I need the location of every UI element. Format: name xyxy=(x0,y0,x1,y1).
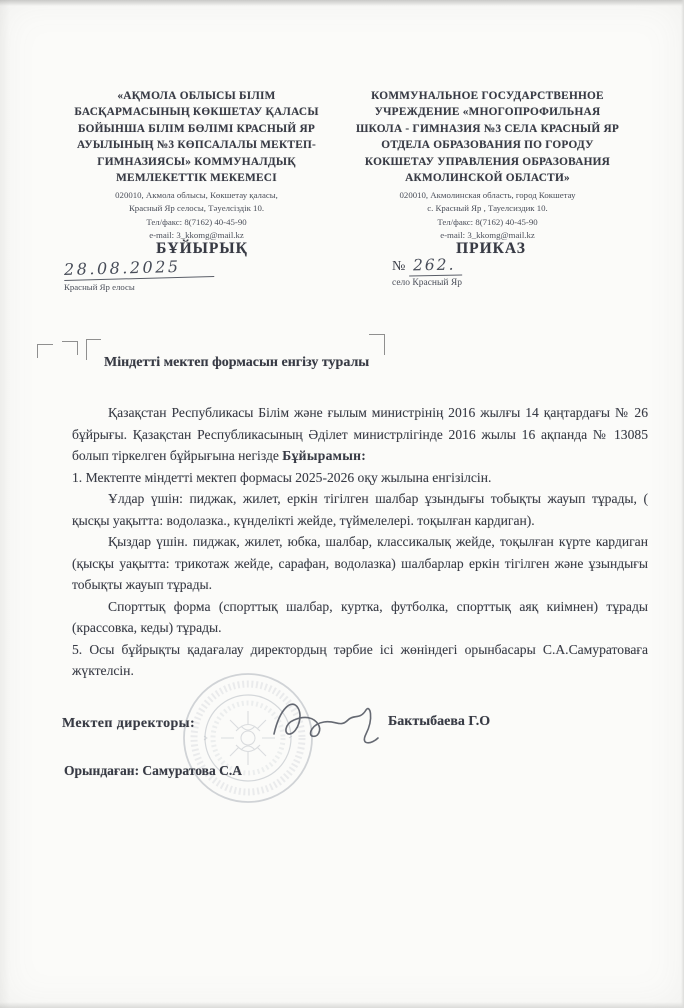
scan-edge-left xyxy=(0,0,10,1008)
order-body: Қазақстан Республикасы Білім және ғылым … xyxy=(72,402,648,682)
order-date-block: 28.08.2025 Красный Яр елосы xyxy=(64,258,214,292)
scanned-order-document: «АҚМОЛА ОБЛЫСЫ БІЛІМ БАСҚАРМАСЫНЫҢ КӨКШЕ… xyxy=(0,0,684,1008)
letterhead: «АҚМОЛА ОБЛЫСЫ БІЛІМ БАСҚАРМАСЫНЫҢ КӨКШЕ… xyxy=(62,88,622,242)
org-address-russian: 020010, Акмолинская область, город Кокше… xyxy=(353,189,622,242)
org-address-kazakh: 020010, Акмола облысы, Көкшетау қаласы, … xyxy=(62,189,331,242)
org-name-kazakh: «АҚМОЛА ОБЛЫСЫ БІЛІМ БАСҚАРМАСЫНЫҢ КӨКШЕ… xyxy=(62,88,331,186)
scan-edge-bottom xyxy=(0,1002,684,1008)
body-paragraph: 5. Осы бұйрықты қадағалау директордың тә… xyxy=(72,639,648,682)
handwritten-number: 262. xyxy=(409,256,462,277)
director-role-label: Мектеп директоры: xyxy=(62,716,195,732)
resolution-word: Бұйырамын: xyxy=(282,448,366,463)
address-line: Тел/факс: 8(7162) 40-45-90 xyxy=(353,216,622,229)
address-line: Тел/факс: 8(7162) 40-45-90 xyxy=(62,216,331,229)
body-paragraph: 1. Мектепте міндетті мектеп формасы 2025… xyxy=(72,467,648,489)
address-line: 020010, Акмола облысы, Көкшетау қаласы, xyxy=(62,189,331,202)
director-name: Бактыбаева Г.О xyxy=(388,714,490,730)
order-title-kazakh: БҰЙЫРЫҚ xyxy=(62,240,342,258)
number-sign: № xyxy=(392,259,405,274)
order-subject: Міндетті мектеп формасын енгізу туралы xyxy=(104,352,376,374)
place-label-russian: село Красный Яр xyxy=(392,278,552,288)
body-paragraph: Спорттық форма (спорттық шалбар, куртка,… xyxy=(72,596,648,639)
body-paragraph: Ұлдар үшін: пиджак, жилет, еркін тігілге… xyxy=(72,488,648,531)
letterhead-russian: КОММУНАЛЬНОЕ ГОСУДАРСТВЕННОЕ УЧРЕЖДЕНИЕ … xyxy=(353,88,622,242)
place-label-kazakh: Красный Яр елосы xyxy=(64,282,214,292)
handwritten-date: 28.08.2025 xyxy=(64,256,214,281)
body-paragraph: Қазақстан Республикасы Білім және ғылым … xyxy=(72,402,648,467)
address-line: с. Красный Яр , Тауелсиздик 10. xyxy=(353,202,622,215)
scan-edge-top xyxy=(0,0,684,6)
corner-mark xyxy=(86,339,101,360)
address-line: 020010, Акмолинская область, город Кокше… xyxy=(353,189,622,202)
address-line: Красный Яр селосы, Тәуелсіздік 10. xyxy=(62,202,331,215)
letterhead-kazakh: «АҚМОЛА ОБЛЫСЫ БІЛІМ БАСҚАРМАСЫНЫҢ КӨКШЕ… xyxy=(62,88,331,242)
corner-mark xyxy=(37,344,53,358)
org-name-russian: КОММУНАЛЬНОЕ ГОСУДАРСТВЕННОЕ УЧРЕЖДЕНИЕ … xyxy=(353,88,622,186)
body-paragraph: Қыздар үшін. пиджак, жилет, юбка, шалбар… xyxy=(72,531,648,596)
corner-mark xyxy=(62,341,78,355)
order-number-block: № 262. село Красный Яр xyxy=(392,256,552,288)
executor-label: Орындаған: Самуратова С.А xyxy=(64,763,242,779)
director-signature xyxy=(268,694,383,756)
